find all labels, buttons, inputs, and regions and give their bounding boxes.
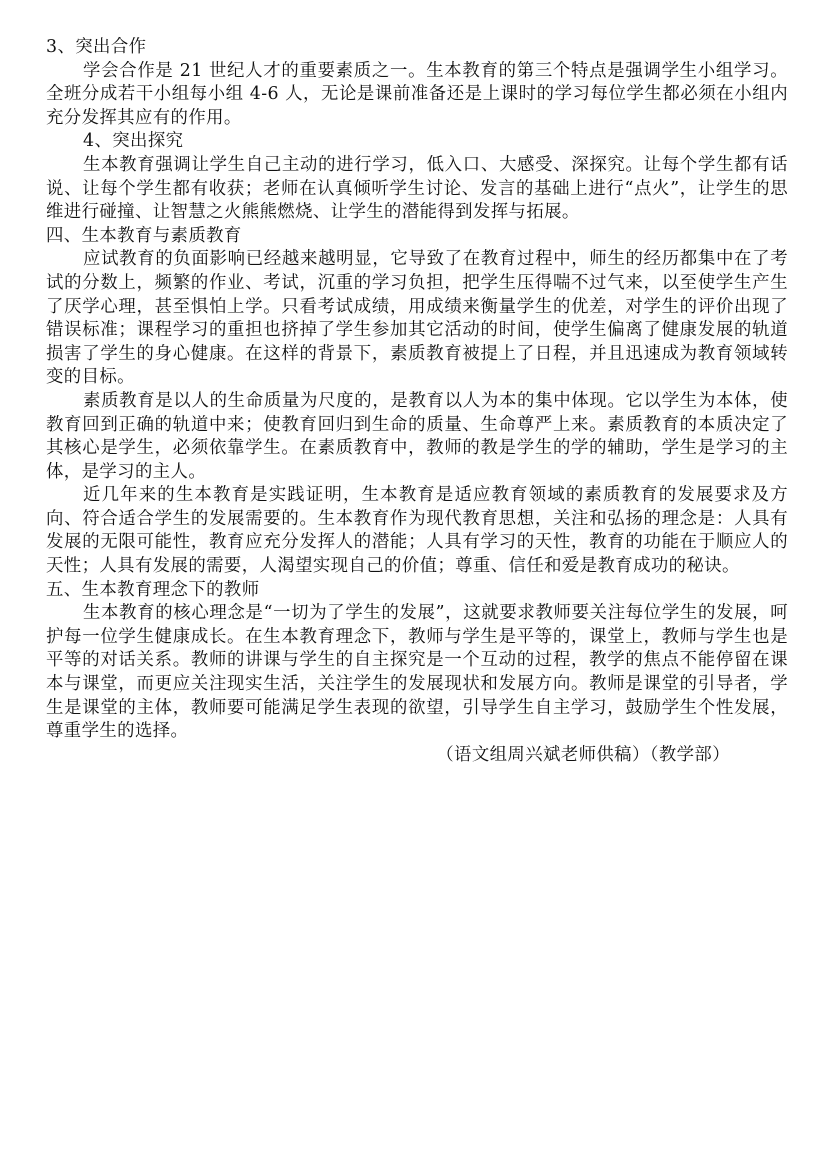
paragraph-student-centered: 近几年来的生本教育是实践证明，生本教育是适应教育领域的素质教育的发展要求及方向、… — [46, 484, 788, 578]
paragraph-quality-education: 素质教育是以人的生命质量为尺度的，是教育以人为本的集中体现。它以学生为本体，使教… — [46, 390, 788, 484]
section-heading-exploration: 4、突出探究 — [46, 130, 788, 154]
document-page: 3、突出合作 学会合作是 21 世纪人才的重要素质之一。生本教育的第三个特点是强… — [46, 36, 788, 767]
paragraph-teachers: 生本教育的核心理念是“一切为了学生的发展”，这就要求教师要关注每位学生的发展，呵… — [46, 602, 788, 744]
section-heading-quality-education: 四、生本教育与素质教育 — [46, 225, 788, 249]
paragraph-exploration: 生本教育强调让学生自己主动的进行学习，低入口、大感受、深探究。让每个学生都有话说… — [46, 154, 788, 225]
signature: （语文组周兴斌老师供稿）（教学部） — [46, 744, 788, 768]
section-heading-cooperation: 3、突出合作 — [46, 36, 788, 60]
paragraph-exam-education: 应试教育的负面影响已经越来越明显，它导致了在教育过程中，师生的经历都集中在了考试… — [46, 248, 788, 390]
section-heading-teachers: 五、生本教育理念下的教师 — [46, 579, 788, 603]
paragraph-cooperation: 学会合作是 21 世纪人才的重要素质之一。生本教育的第三个特点是强调学生小组学习… — [46, 60, 788, 131]
